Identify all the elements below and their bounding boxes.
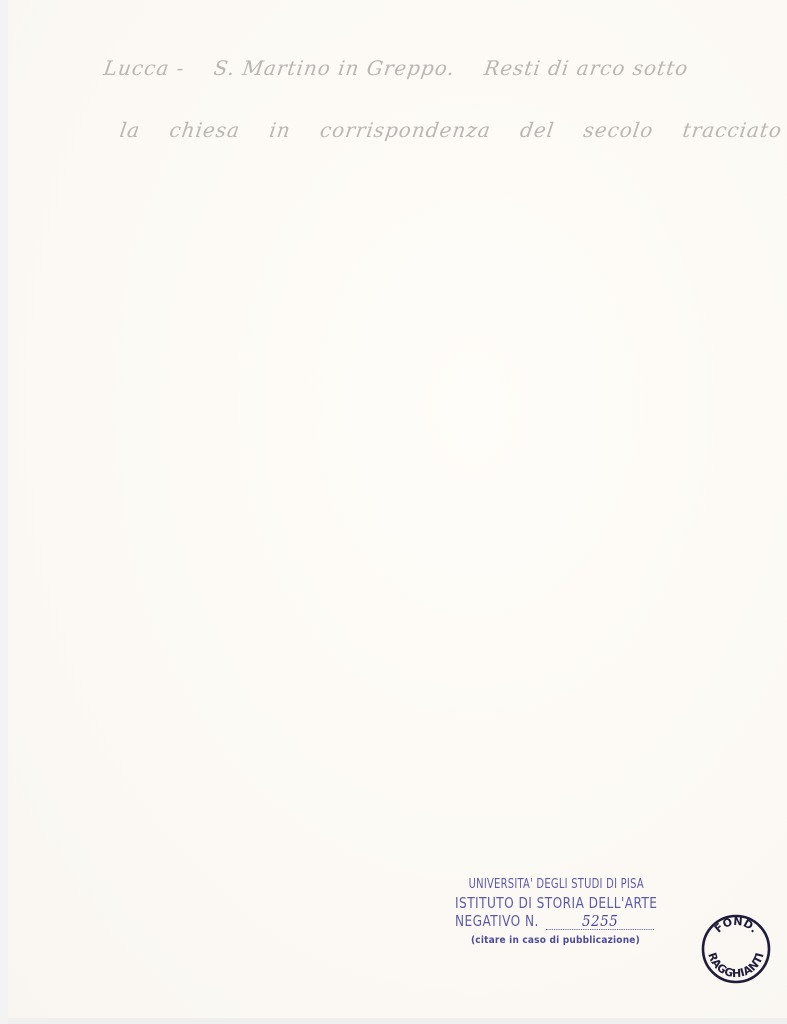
seal-top-text: FOND. <box>712 915 761 936</box>
stamp-negative-field: 5255 <box>546 913 654 930</box>
caption-word: del <box>519 118 556 142</box>
handwritten-caption-line-2: la chiesa in corrispondenza del secolo t… <box>118 118 787 142</box>
scan-edge-left <box>0 0 8 1024</box>
caption-word: Lucca - <box>102 56 186 80</box>
caption-word: in <box>268 118 293 142</box>
institute-stamp: UNIVERSITA' DEGLI STUDI DI PISA ISTITUTO… <box>455 876 695 950</box>
scan-edge-bottom <box>8 1018 787 1024</box>
stamp-institute: ISTITUTO DI STORIA DELL'ARTE <box>455 894 671 912</box>
caption-word: chiesa <box>168 118 242 142</box>
handwritten-caption-line-1: Lucca - S. Martino in Greppo. Resti di a… <box>102 56 712 80</box>
caption-word: corrispondenza <box>319 118 493 142</box>
stamp-university: UNIVERSITA' DEGLI STUDI DI PISA <box>455 876 659 894</box>
caption-word: secolo <box>582 118 655 142</box>
stamp-negative-row: NEGATIVO N. 5255 <box>455 912 671 930</box>
photo-verso-paper <box>8 0 787 1018</box>
caption-word: Resti di arco sotto <box>483 56 690 80</box>
negative-number: 5255 <box>582 912 618 930</box>
caption-word: tracciato <box>681 118 784 142</box>
stamp-citation-note: (citare in caso di pubblicazione) <box>455 932 695 950</box>
fond-ragghianti-seal-icon: FOND. RAGGHIANTI <box>700 913 772 985</box>
stamp-negative-label: NEGATIVO N. <box>455 912 539 930</box>
caption-word: S. Martino in Greppo. <box>212 56 456 80</box>
svg-text:FOND.: FOND. <box>712 915 761 936</box>
caption-word: la <box>118 118 142 142</box>
